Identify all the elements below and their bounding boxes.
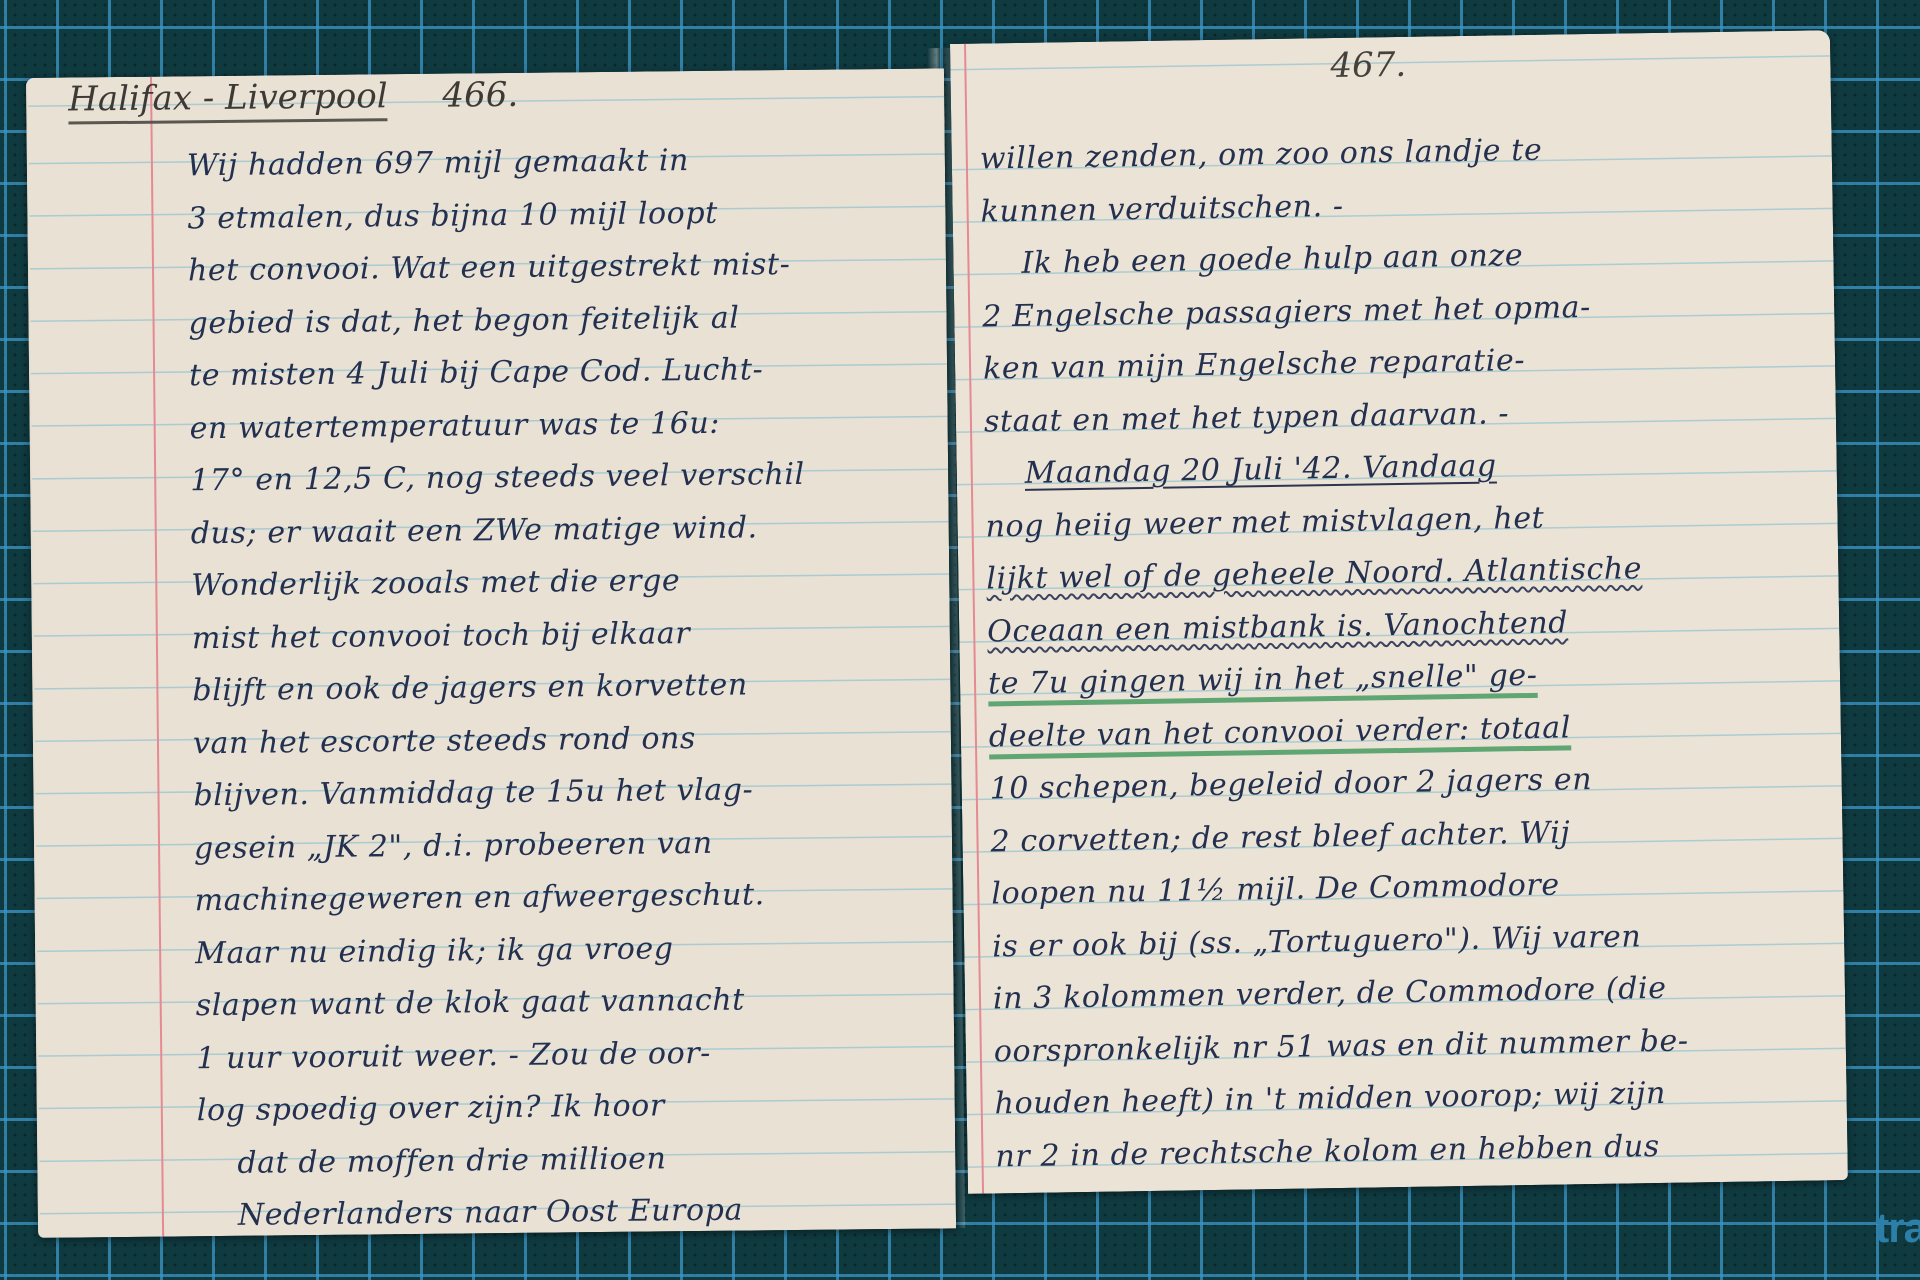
text-line: en watertemperatuur was te 16u: bbox=[189, 395, 930, 455]
text-line: mist het convooi toch bij elkaar bbox=[192, 605, 933, 665]
watermark-logo: tra bbox=[1875, 1204, 1920, 1252]
text-line: van het escorte steeds rond ons bbox=[193, 710, 934, 770]
right-page: 467. willen zenden, om zoo ons landje te… bbox=[950, 30, 1848, 1194]
text-line: dat de moffen drie millioen bbox=[197, 1130, 938, 1190]
header-title: Halifax - Liverpool bbox=[68, 76, 388, 124]
text-line: 3 etmalen, dus bijna 10 mijl loopt bbox=[187, 185, 928, 245]
text-line: 1 uur vooruit weer. - Zou de oor- bbox=[196, 1025, 937, 1085]
text-line: het convooi. Wat een uitgestrekt mist- bbox=[188, 238, 929, 298]
text-line: gesein „JK 2", d.i. probeeren van bbox=[194, 815, 935, 875]
page-number-left: 466. bbox=[442, 75, 518, 116]
page-header: Halifax - Liverpool 466. bbox=[68, 75, 519, 140]
text-line: log spoedig over zijn? Ik hoor bbox=[197, 1078, 938, 1138]
text-line: Wij hadden 697 mijl gemaakt in bbox=[187, 133, 928, 193]
page-number-right: 467. bbox=[1330, 45, 1406, 86]
text-line: Nederlanders naar Oost Europa bbox=[198, 1183, 939, 1238]
text-line: slapen want de klok gaat vannacht bbox=[195, 973, 936, 1033]
red-margin-line bbox=[150, 77, 164, 1237]
text-line: Maar nu eindig ik; ik ga vroeg bbox=[195, 920, 936, 980]
left-page-text: Wij hadden 697 mijl gemaakt in 3 etmalen… bbox=[187, 133, 939, 1238]
text-line: blijven. Vanmiddag te 15u het vlag- bbox=[193, 763, 934, 823]
text-line: blijft en ook de jagers en korvetten bbox=[192, 658, 933, 718]
text-line: gebied is dat, het begon feitelijk al bbox=[188, 290, 929, 350]
text-line: machinegeweren en afweergeschut. bbox=[194, 868, 935, 928]
text-line: dus; er waait een ZWe matige wind. bbox=[191, 500, 932, 560]
text-line: te misten 4 Juli bij Cape Cod. Lucht- bbox=[189, 343, 930, 403]
left-page: Halifax - Liverpool 466. Wij hadden 697 … bbox=[26, 68, 956, 1238]
text-line: Wonderlijk zooals met die erge bbox=[191, 553, 932, 613]
text-line: 17° en 12,5 C, nog steeds veel verschil bbox=[190, 448, 931, 508]
right-page-text: willen zenden, om zoo ons landje te kunn… bbox=[979, 120, 1836, 1194]
